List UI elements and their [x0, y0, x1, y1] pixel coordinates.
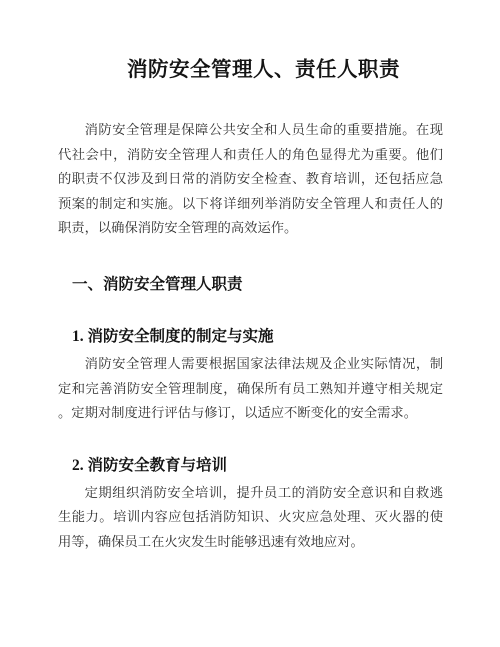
intro-paragraph: 消防安全管理是保障公共安全和人员生命的重要措施。在现代社会中，消防安全管理人和责… [58, 118, 443, 241]
document-title: 消防安全管理人、责任人职责 [58, 55, 443, 85]
subsection-paragraph-training: 定期组织消防安全培训，提升员工的消防安全意识和自救逃生能力。培训内容应包括消防知… [58, 481, 443, 555]
document-page: 消防安全管理人、责任人职责 消防安全管理是保障公共安全和人员生命的重要措施。在现… [0, 0, 500, 647]
subsection-heading-training: 2. 消防安全教育与培训 [72, 454, 443, 478]
subsection-heading-system: 1. 消防安全制度的制定与实施 [72, 325, 443, 349]
document-content: 消防安全管理人、责任人职责 消防安全管理是保障公共安全和人员生命的重要措施。在现… [0, 55, 500, 555]
subsection-paragraph-system: 消防安全管理人需要根据国家法律法规及企业实际情况，制定和完善消防安全管理制度，确… [58, 352, 443, 426]
section-heading-manager-duties: 一、消防安全管理人职责 [72, 273, 443, 297]
